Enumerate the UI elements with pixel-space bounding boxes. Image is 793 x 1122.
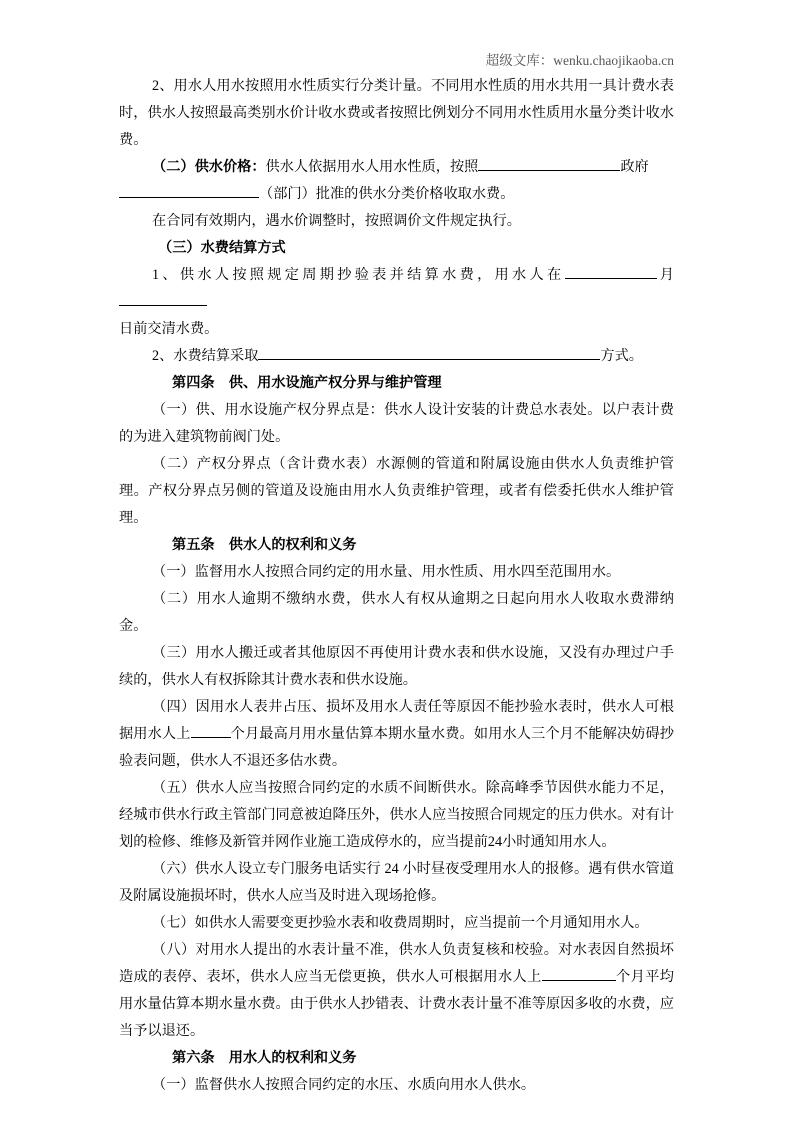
- text-run: 供水人依据用水人用水性质，按照: [266, 159, 479, 175]
- paragraph: （二）供水价格：供水人依据用水人用水性质，按照政府（部门）批准的供水分类价格收取…: [119, 154, 674, 208]
- text-run: （六）供水人设立专门服务电话实行 24 小时昼夜受理用水人的报修。遇有供水管道及…: [119, 861, 674, 904]
- text-run: 2、用水人用水按照用水性质实行分类计量。不同用水性质的用水共用一具计费水表时，供…: [119, 78, 674, 148]
- paragraph: （四）因用水人表井占压、损坏及用水人责任等原因不能抄验水表时，供水人可根据用水人…: [119, 694, 674, 775]
- section-heading: （三）水费结算方式: [119, 235, 674, 262]
- blank-underline: [565, 265, 657, 279]
- paragraph: （五）供水人应当按照合同约定的水质不间断供水。除高峰季节因供水能力不足，经城市供…: [119, 775, 674, 856]
- paragraph: （一）监督供水人按照合同约定的水压、水质向用水人供水。: [119, 1072, 674, 1099]
- bold-text-run: 第五条 供水人的权利和义务: [172, 537, 356, 553]
- blank-underline: [542, 967, 616, 981]
- text-run: （一）监督用水人按照合同约定的用水量、用水性质、用水四至范围用水。: [152, 564, 620, 580]
- document-body: 2、用水人用水按照用水性质实行分类计量。不同用水性质的用水共用一具计费水表时，供…: [119, 73, 674, 1099]
- text-run: 1、供水人按照规定周期抄验表并结算水费，用水人在: [152, 267, 565, 283]
- paragraph: （八）对用水人提出的水表计量不准，供水人负责复核和校验。对水表因自然损坏造成的表…: [119, 937, 674, 1045]
- text-run: （二）产权分界点（含计费水表）水源侧的管道和附属设施由供水人负责维护管理。产权分…: [119, 456, 674, 526]
- paragraph: （一）供、用水设施产权分界点是：供水人设计安装的计费总水表处。以户表计费的为进入…: [119, 397, 674, 451]
- blank-underline: [119, 292, 207, 306]
- paragraph: 2、水费结算采取方式。: [119, 343, 674, 370]
- blank-underline: [191, 724, 231, 738]
- text-run: 日前交清水费。: [119, 321, 218, 337]
- bold-text-run: （三）水费结算方式: [158, 240, 286, 256]
- text-run: （七）如供水人需要变更抄验水表和收费周期时，应当提前一个月通知用水人。: [152, 915, 649, 931]
- text-run: 月: [657, 267, 674, 283]
- paragraph: （二）产权分界点（含计费水表）水源侧的管道和附属设施由供水人负责维护管理。产权分…: [119, 451, 674, 532]
- watermark-header: 超级文库：wenku.chaojikaoba.cn: [119, 53, 674, 69]
- blank-underline: [478, 157, 620, 171]
- paragraph: 1、供水人按照规定周期抄验表并结算水费，用水人在月日前交清水费。: [119, 262, 674, 343]
- paragraph: （二）用水人逾期不缴纳水费，供水人有权从逾期之日起向用水人收取水费滞纳金。: [119, 586, 674, 640]
- bold-text-run: 第六条 用水人的权利和义务: [172, 1050, 356, 1066]
- text-run: （五）供水人应当按照合同约定的水质不间断供水。除高峰季节因供水能力不足，经城市供…: [119, 780, 674, 850]
- paragraph: （七）如供水人需要变更抄验水表和收费周期时，应当提前一个月通知用水人。: [119, 910, 674, 937]
- bold-text-run: 第四条 供、用水设施产权分界与维护管理: [172, 375, 442, 391]
- paragraph: 在合同有效期内，遇水价调整时，按照调价文件规定执行。: [119, 208, 674, 235]
- blank-underline: [258, 346, 600, 360]
- text-run: 2、水费结算采取: [152, 348, 258, 364]
- text-run: （三）用水人搬迁或者其他原因不再使用计费水表和供水设施，又没有办理过户手续的，供…: [119, 645, 674, 688]
- paragraph: （三）用水人搬迁或者其他原因不再使用计费水表和供水设施，又没有办理过户手续的，供…: [119, 640, 674, 694]
- document-page: 超级文库：wenku.chaojikaoba.cn 2、用水人用水按照用水性质实…: [0, 0, 793, 1122]
- section-heading: 第四条 供、用水设施产权分界与维护管理: [119, 370, 674, 397]
- blank-underline: [119, 184, 259, 198]
- text-run: （部门）批准的供水分类价格收取水费。: [259, 186, 514, 202]
- text-run: （一）供、用水设施产权分界点是：供水人设计安装的计费总水表处。以户表计费的为进入…: [119, 402, 674, 445]
- paragraph: （一）监督用水人按照合同约定的用水量、用水性质、用水四至范围用水。: [119, 559, 674, 586]
- text-run: 在合同有效期内，遇水价调整时，按照调价文件规定执行。: [152, 213, 521, 229]
- text-run: （二）用水人逾期不缴纳水费，供水人有权从逾期之日起向用水人收取水费滞纳金。: [119, 591, 674, 634]
- section-heading: 第五条 供水人的权利和义务: [119, 532, 674, 559]
- section-heading: 第六条 用水人的权利和义务: [119, 1045, 674, 1072]
- text-run: 方式。: [600, 348, 643, 364]
- text-run: （一）监督供水人按照合同约定的水压、水质向用水人供水。: [152, 1077, 535, 1093]
- text-run: 政府: [620, 159, 648, 175]
- bold-text-run: （二）供水价格：: [152, 159, 266, 175]
- paragraph: （六）供水人设立专门服务电话实行 24 小时昼夜受理用水人的报修。遇有供水管道及…: [119, 856, 674, 910]
- paragraph: 2、用水人用水按照用水性质实行分类计量。不同用水性质的用水共用一具计费水表时，供…: [119, 73, 674, 154]
